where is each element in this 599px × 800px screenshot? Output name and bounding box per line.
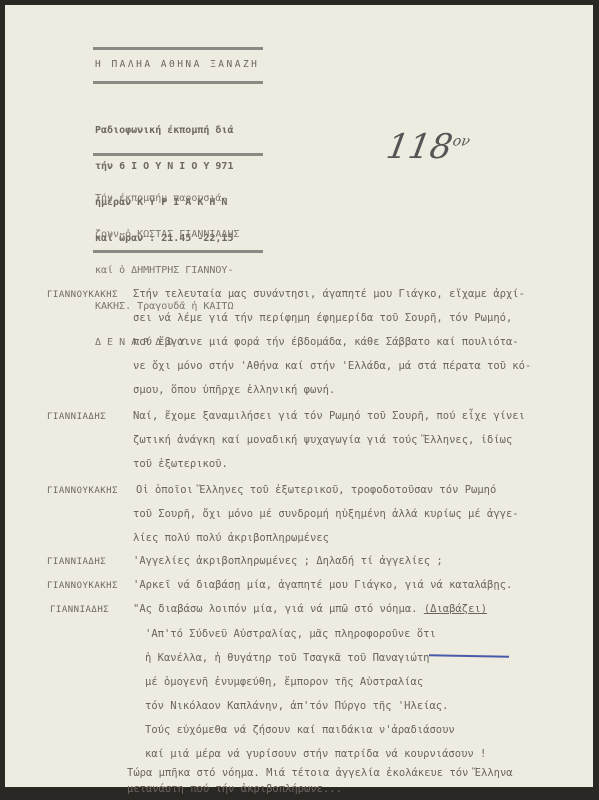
header-rule-top	[93, 47, 263, 50]
speaker-label: ΓΙΑΝΝΟΥΚΑΚΗΣ	[47, 290, 118, 300]
dialogue-line: πού ἔβγαινε μιά φορά τήν έβδομάδα, κάθε …	[133, 336, 519, 348]
closing-line: μετανάστη πού τήν ἀκριβοπλήρωνε...	[127, 783, 342, 795]
program-title: Η ΠΑΛΗΑ ΑΘΗΝΑ ΞΑΝΑΖΗ	[95, 59, 259, 70]
header-rule-2	[93, 81, 263, 84]
dialogue-line: σμου, ὅπου ὑπῆρχε ἑλληνική φωνή.	[133, 384, 335, 396]
ad-line: τόν Νικόλαον Καπλάνην, ἀπ'τόν Πύργο τῆς …	[145, 700, 448, 712]
typewritten-script-page: Η ΠΑΛΗΑ ΑΘΗΝΑ ΞΑΝΑΖΗ Ραδιοφωνική έκπομπή…	[5, 5, 593, 787]
presenters-line: ζουν ὁ ΚΩΣΤΑΣ ΓΙΑΝΝΙΑΔΗΣ	[95, 229, 240, 241]
dialogue-line: τοῦ Σουρῆ, ὄχι μόνο μέ συνδρομή ηὐξημένη…	[133, 508, 519, 520]
dialogue-line: σει νά λέμε γιά τήν περίφημη έφημερίδα τ…	[133, 312, 512, 324]
dialogue-line: 'Αρκεῖ νά διαβάσῃ μία, ἀγαπητέ μου Γιάγκ…	[133, 579, 512, 591]
header-rule-3	[93, 153, 263, 156]
header-rule-bottom	[93, 250, 263, 253]
handwritten-page-number: 118ον	[383, 127, 472, 167]
stage-direction: (Διαβάζει)	[424, 603, 487, 615]
ad-line: καί μιά μέρα νά γυρίσουν στήν πατρίδα νά…	[145, 748, 486, 760]
speaker-label: ΓΙΑΝΝΟΥΚΑΚΗΣ	[47, 486, 118, 496]
ad-line: Τούς εὐχόμεθα νά ζήσουν καί παιδάκια ν'ἀ…	[145, 724, 455, 736]
dialogue-line: Οἱ ὁποῖοι Ἕλληνες τοῦ ἐξωτερικοῦ, τροφοδ…	[136, 484, 496, 496]
broadcast-line: Ραδιοφωνική έκπομπή διά	[95, 125, 233, 137]
speaker-label: ΓΙΑΝΝΟΥΚΑΚΗΣ	[47, 581, 118, 591]
speaker-label: ΓΙΑΝΝΙΑΔΗΣ	[47, 412, 106, 422]
presenters-line: καί ὁ ΔΗΜΗΤΡΗΣ ΓΙΑΝΝΟΥ-	[95, 265, 240, 277]
dialogue-line: Στήν τελευταία μας συνάντησι, άγαπητέ μο…	[133, 288, 525, 300]
dialogue-line: Ναί, ἔχομε ξαναμιλήσει γιά τόν Ρωμηό τοῦ…	[133, 410, 525, 422]
ad-line: ἡ Κανέλλα, ἡ θυγάτηρ τοῦ Τσαγκᾶ τοῦ Πανα…	[145, 652, 429, 664]
ad-line: 'Απ'τό Σύδνεϋ Αὐστραλίας, μᾶς πληροφοροῦ…	[145, 628, 436, 640]
dialogue-text: "Ας διαβάσω λοιπόν μία, γιά νά μπῶ στό ν…	[133, 603, 417, 615]
ad-line: μέ ὁμογενῆ ἐνυμφεύθη, ἔμπορον τῆς Αὐστρα…	[145, 676, 423, 688]
speaker-label: ΓΙΑΝΝΙΑΔΗΣ	[50, 605, 109, 615]
dialogue-line: νε ὄχι μόνο στήν 'Αθήνα καί στήν 'Ελλάδα…	[133, 360, 531, 372]
dialogue-line: τοῦ ἐξωτερικοῦ.	[133, 458, 228, 470]
dialogue-line: 'Αγγελίες ἀκριβοπληρωμένες ; Δηλαδή τί ἀ…	[133, 555, 443, 567]
dialogue-line: λίες πολύ πολύ ἀκριβοπληρωμένες	[133, 532, 329, 544]
closing-line: Τώρα μπῆκα στό νόημα. Μιά τέτοια ἀγγελία…	[127, 767, 513, 779]
dialogue-line: "Ας διαβάσω λοιπόν μία, γιά νά μπῶ στό ν…	[133, 603, 487, 615]
dialogue-line: ζωτική ἀνάγκη καί μοναδική ψυχαγωγία γιά…	[133, 434, 512, 446]
speaker-label: ΓΙΑΝΝΙΑΔΗΣ	[47, 557, 106, 567]
pen-underline-mark	[429, 654, 509, 657]
presenters-line: Τήν έκπομπήν παρουσιά-	[95, 193, 240, 205]
